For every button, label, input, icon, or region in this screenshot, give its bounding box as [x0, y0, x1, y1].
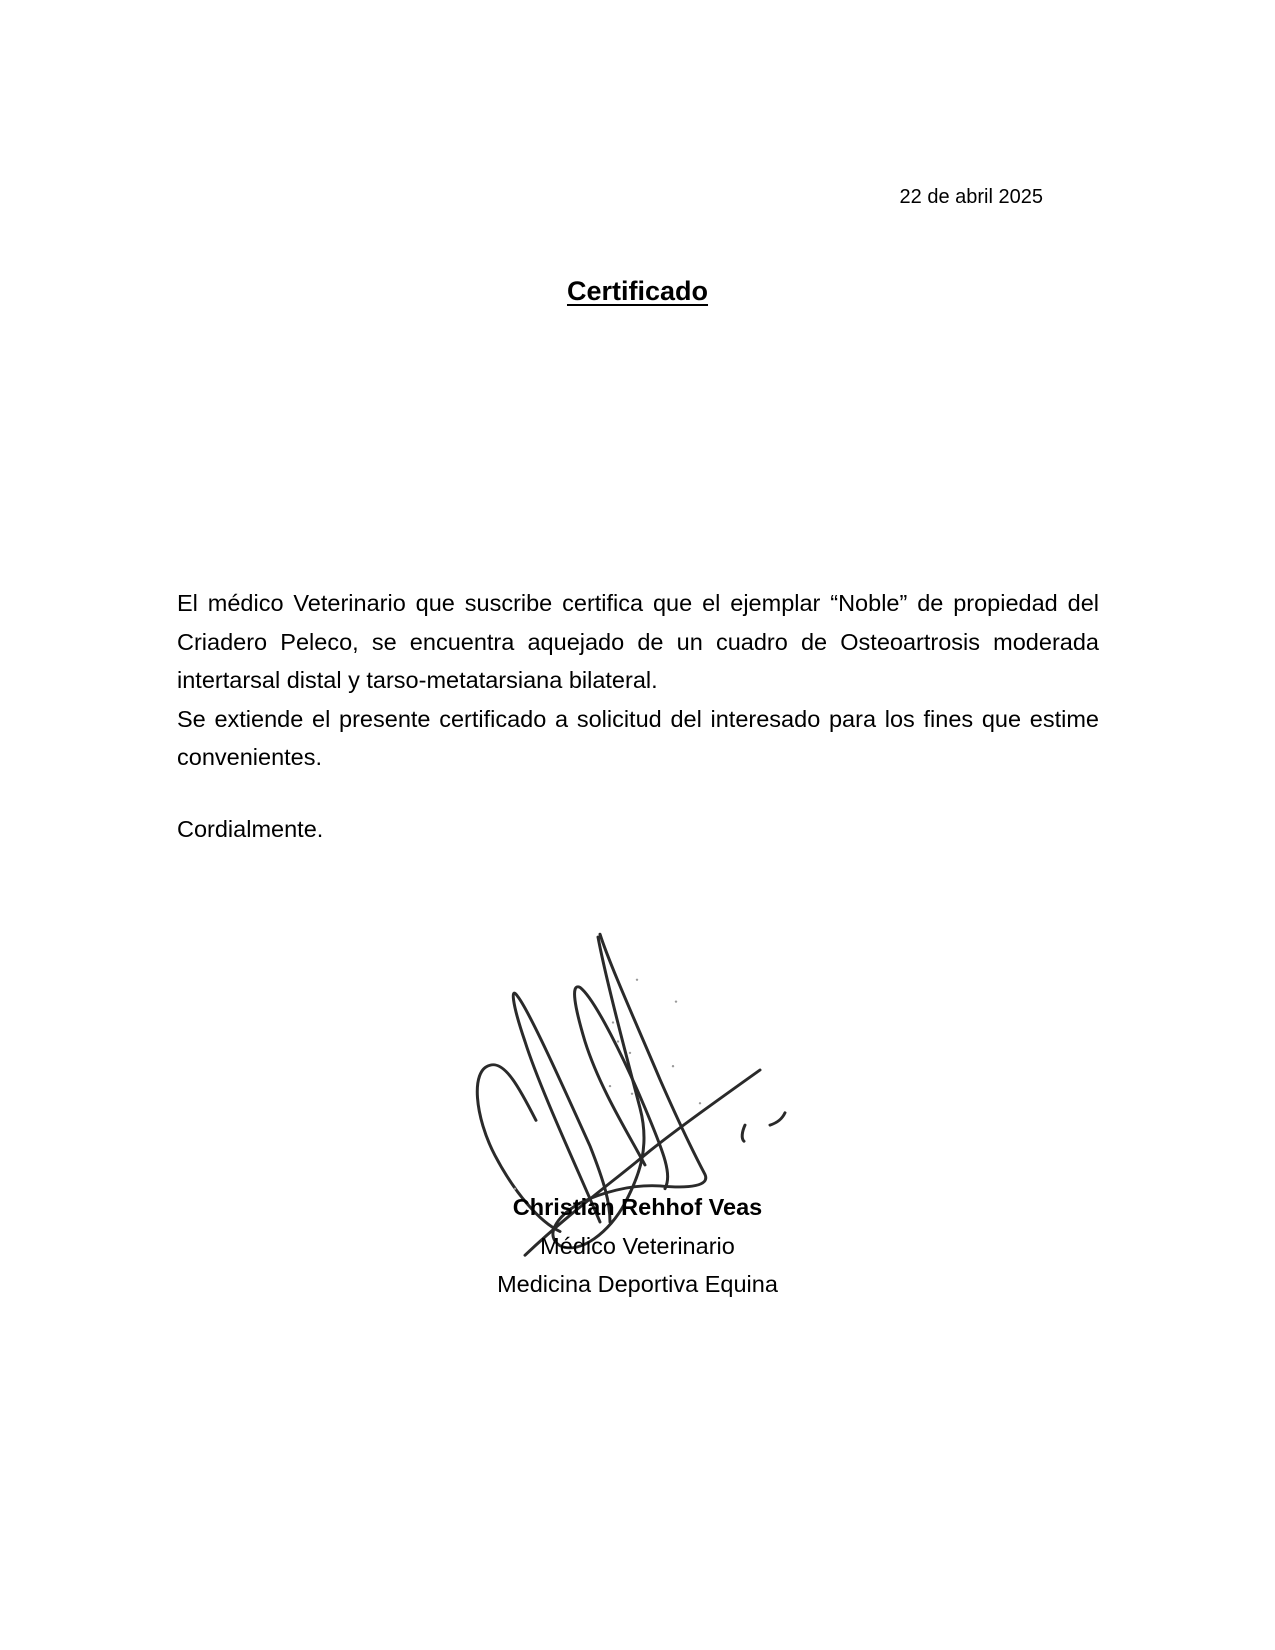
- document-title: Certificado: [0, 276, 1275, 307]
- body-paragraph-purpose: Se extiende el presente certificado a so…: [177, 700, 1099, 777]
- body-paragraph-diagnosis: El médico Veterinario que suscribe certi…: [177, 584, 1099, 700]
- signatory-title: Médico Veterinario: [0, 1227, 1275, 1266]
- signatory-specialty: Medicina Deportiva Equina: [0, 1265, 1275, 1304]
- certificate-body: El médico Veterinario que suscribe certi…: [177, 584, 1099, 777]
- certificate-page: 22 de abril 2025 Certificado El médico V…: [0, 0, 1275, 1650]
- document-date: 22 de abril 2025: [900, 186, 1043, 209]
- closing-salutation: Cordialmente.: [177, 816, 323, 843]
- signatory-block: Christian Rehhof Veas Médico Veterinario…: [0, 1188, 1275, 1304]
- signatory-name: Christian Rehhof Veas: [0, 1188, 1275, 1227]
